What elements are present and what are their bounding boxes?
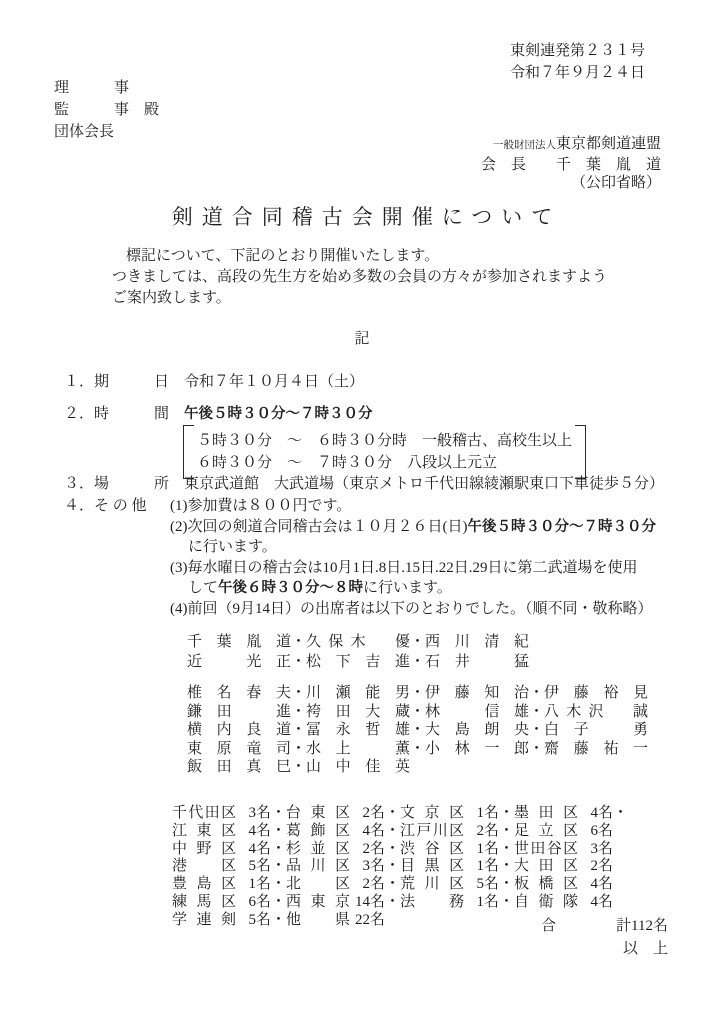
district-name: 法務 xyxy=(400,890,464,911)
sub-item-line: して午後６時３０分～８時に行います。 xyxy=(170,579,452,598)
label-gap xyxy=(169,406,184,422)
addressee-block: 理 事監 事 殿団体会長 xyxy=(54,77,159,143)
doc-date: 令和７年９月２４日 xyxy=(510,62,645,84)
label-gap xyxy=(169,476,184,492)
attendee-row: 椎名春夫・川瀬能男・伊藤知治・伊藤裕見 xyxy=(187,681,648,700)
item-number: ３． xyxy=(64,476,94,492)
attendee-row: 千葉胤道・久保木 優・西川清紀 xyxy=(187,630,529,650)
attendee-name: 山中佳英 xyxy=(306,755,410,776)
page-title: 剣道合同稽古会開催について xyxy=(0,203,724,231)
district-count: 22名 xyxy=(355,908,385,929)
district-row: 中野区4名・杉並区2名・渋谷区1名・世田谷区3名 xyxy=(172,837,628,855)
attendee-name: 小林一郎 xyxy=(425,737,529,758)
schedule-bracket: ５時３０分 ～ ６時３０分時 一般稽古、高校生以上６時３０分 ～ ７時３０分 八… xyxy=(183,425,586,479)
attendees-group-2: 椎名春夫・川瀬能男・伊藤知治・伊藤裕見鎌田 進・袴田大蔵・林 信雄・八木沢 誠横… xyxy=(187,681,648,774)
text-segment: (3)毎水曜日の稽古会は10月1日.8日.15日.22日.29日に第二武道場を使… xyxy=(170,560,638,576)
item-label: 期 日 xyxy=(94,374,169,390)
item-label: そ の 他 xyxy=(94,498,147,514)
item-line: ２．時 間 午後５時３０分～７時３０分 xyxy=(64,405,373,424)
district-row: 練馬区6名・西東京14名・法務1名・自衛隊4名 xyxy=(172,890,628,908)
district-name: 他県 xyxy=(286,908,350,929)
district-name: 学連剣 xyxy=(172,908,236,929)
sub-item-line: (2)次回の剣道合同稽古会は１０月２６日(日)午後５時３０分～７時３０分 xyxy=(170,518,656,537)
ki-marker: 記 xyxy=(0,330,724,348)
item-number: ２． xyxy=(64,406,94,422)
seal-note: （公印省略） xyxy=(481,174,661,193)
attendee-name: 飯田真巳 xyxy=(187,755,291,776)
sender-org-prefix: 一般財団法人 xyxy=(493,140,556,151)
closing-mark: 以 上 xyxy=(623,937,668,958)
emphasis-text: 午後５時３０分～７時３０分 xyxy=(184,406,373,422)
text-segment: (4)前回（9月14日）の出席者は以下のとおりでした。（順不同・敬称略） xyxy=(170,601,653,617)
addressee-line: 団体会長 xyxy=(54,121,159,143)
attendee-row: 横内良道・冨永哲雄・大島朗央・白子 勇 xyxy=(187,718,648,737)
sender-org-name: 東京都剣道連盟 xyxy=(556,136,661,152)
schedule-line: ５時３０分 ～ ６時３０分時 一般稽古、高校生以上 xyxy=(197,430,572,452)
sender-org-line: 一般財団法人東京都剣道連盟 xyxy=(481,135,661,156)
sub-item-line: (3)毎水曜日の稽古会は10月1日.8日.15日.22日.29日に第二武道場を使… xyxy=(170,559,638,578)
item-number: １． xyxy=(64,374,94,390)
sender-block: 一般財団法人東京都剣道連盟 会 長 千 葉 胤 道 （公印省略） xyxy=(481,135,661,193)
district-row: 港区5名・品川区3名・目黒区1名・大田区2名 xyxy=(172,854,628,872)
item-label: 場 所 xyxy=(94,476,169,492)
attendee-name: 千葉胤道 xyxy=(187,630,291,651)
text-segment: 令和７年１０月４日（土） xyxy=(184,374,364,390)
attendee-name: 松下吉進 xyxy=(306,650,410,671)
intro-paragraph: 標記について、下記のとおり開催いたします。つきましては、高段の先生方を始め多数の… xyxy=(112,246,652,309)
district-count: 5名 xyxy=(241,908,271,929)
sub-item-line: (4)前回（9月14日）の出席者は以下のとおりでした。（順不同・敬称略） xyxy=(170,600,653,619)
text-segment: (1)参加費は８００円です。 xyxy=(170,498,351,514)
attendee-name: 齋藤祐一 xyxy=(544,737,648,758)
district-row: 豊島区1名・北区2名・荒川区5名・板橋区4名 xyxy=(172,872,628,890)
attendee-name: 石井 猛 xyxy=(425,650,529,671)
attendee-row: 鎌田 進・袴田大蔵・林 信雄・八木沢 誠 xyxy=(187,700,648,719)
text-segment: に行います。 xyxy=(188,539,277,555)
item-line: １．期 日 令和７年１０月４日（土） xyxy=(64,373,364,392)
text-segment: に行います。 xyxy=(363,580,452,596)
item-label: 時 間 xyxy=(94,406,169,422)
attendee-row: 近 光正・松下吉進・石井 猛 xyxy=(187,650,529,670)
item-line: ４．そ の 他 xyxy=(64,497,147,516)
attendees-group-1: 千葉胤道・久保木 優・西川清紀近 光正・松下吉進・石井 猛 xyxy=(187,630,529,669)
sub-item-line: に行います。 xyxy=(170,538,277,557)
emphasis-text: 午後５時３０分～７時３０分 xyxy=(467,519,656,535)
district-count: 4名 xyxy=(583,890,613,911)
text-segment: して xyxy=(188,580,218,596)
district-name: 自衛隊 xyxy=(514,890,578,911)
schedule-line: ６時３０分 ～ ７時３０分 八段以上元立 xyxy=(197,452,572,474)
intro-line: ご案内致します。 xyxy=(112,288,652,309)
district-count: 1名 xyxy=(469,890,499,911)
district-row: 江東区4名・葛飾区4名・江戸川区2名・足立区6名 xyxy=(172,819,628,837)
label-gap xyxy=(169,374,184,390)
district-row: 千代田区3名・台東区2名・文京区1名・墨田区4名・ xyxy=(172,801,628,819)
item-number: ４． xyxy=(64,498,94,514)
attendee-name: 西川清紀 xyxy=(425,630,529,651)
doc-meta: 東剣連発第２３１号 令和７年９月２４日 xyxy=(510,40,645,84)
document-page: 東剣連発第２３１号 令和７年９月２４日 理 事監 事 殿団体会長 一般財団法人東… xyxy=(0,0,724,1024)
numbered-items: １．期 日 令和７年１０月４日（土）２．時 間 午後５時３０分～７時３０分３．場… xyxy=(64,373,724,633)
sub-item-line: (1)参加費は８００円です。 xyxy=(170,497,351,516)
attendee-name: 久保木 優 xyxy=(306,630,410,651)
text-segment: (2)次回の剣道合同稽古会は１０月２６日(日) xyxy=(170,519,467,535)
attendee-row: 東原竜司・水上 薫・小林一郎・齋藤祐一 xyxy=(187,737,648,756)
district-counts: 千代田区3名・台東区2名・文京区1名・墨田区4名・江東区4名・葛飾区4名・江戸川… xyxy=(172,801,628,926)
addressee-line: 監 事 殿 xyxy=(54,99,159,121)
sender-president: 会 長 千 葉 胤 道 xyxy=(481,156,661,175)
total-count: 合 計112名 xyxy=(541,914,668,935)
intro-line: つきましては、高段の先生方を始め多数の会員の方々が参加されますよう xyxy=(112,267,652,288)
emphasis-text: 午後６時３０分～８時 xyxy=(218,580,363,596)
intro-line: 標記について、下記のとおり開催いたします。 xyxy=(112,246,652,267)
attendee-row: 飯田真巳・山中佳英 xyxy=(187,755,648,774)
attendee-name: 近 光正 xyxy=(187,650,291,671)
doc-number: 東剣連発第２３１号 xyxy=(510,40,645,62)
addressee-line: 理 事 xyxy=(54,77,159,99)
